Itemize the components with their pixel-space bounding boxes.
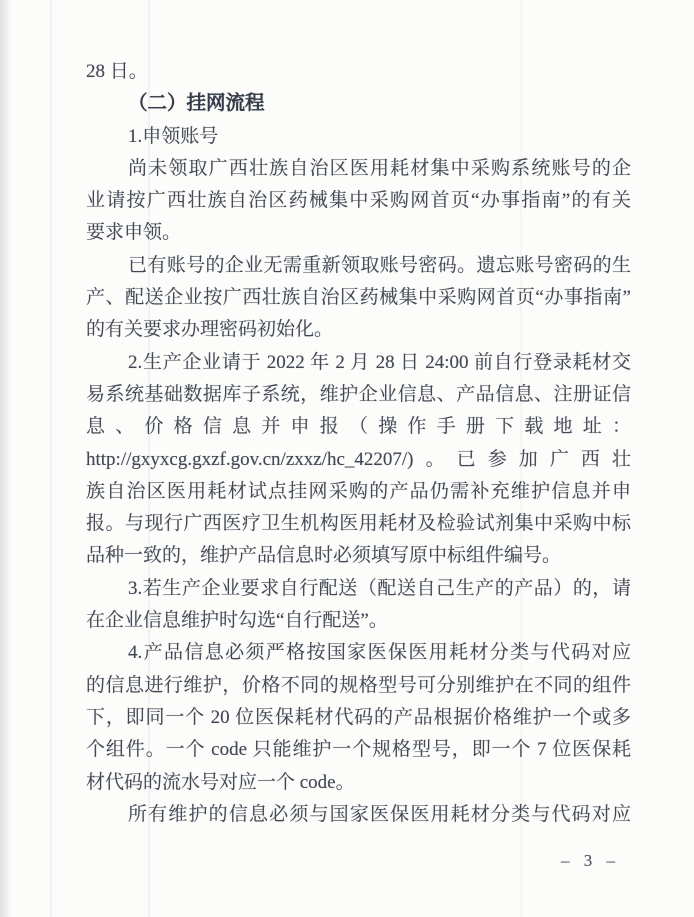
text-line: 族自治区医用耗材试点挂网采购的产品仍需补充维护信息并申: [86, 476, 631, 508]
text-line: http://gxyxcg.gxzf.gov.cn/zxxz/hc_42207/…: [86, 444, 631, 476]
document-page: 28 日。（二）挂网流程1.申领账号尚未领取广西壮族自治区医用耗材集中采购系统账…: [0, 0, 694, 917]
section-heading: （二）挂网流程: [86, 88, 631, 120]
text-line: 4.产品信息必须严格按国家医保医用耗材分类与代码对应: [86, 637, 631, 669]
text-line: 材代码的流水号对应一个 code。: [86, 767, 631, 799]
text-line: 1.申领账号: [86, 121, 631, 153]
scan-edge-shadow: [0, 0, 12, 917]
scan-streak: [50, 0, 52, 917]
text-line: 易系统基础数据库子系统，维护企业信息、产品信息、注册证信: [86, 379, 631, 411]
text-line: 28 日。: [86, 56, 631, 88]
text-line: 2.生产企业请于 2022 年 2 月 28 日 24:00 前自行登录耗材交: [86, 347, 631, 379]
text-line: 已有账号的企业无需重新领取账号密码。遗忘账号密码的生: [86, 250, 631, 282]
text-line: 在企业信息维护时勾选“自行配送”。: [86, 605, 631, 637]
text-line: 所有维护的信息必须与国家医保医用耗材分类与代码对应: [86, 799, 631, 831]
text-line: 下，即同一个 20 位医保耗材代码的产品根据价格维护一个或多: [86, 702, 631, 734]
text-line: 个组件。一个 code 只能维护一个规格型号，即一个 7 位医保耗: [86, 734, 631, 766]
text-line: 要求申领。: [86, 217, 631, 249]
text-line: 息、价格信息并申报（操作手册下载地址：: [86, 411, 631, 443]
text-line: 产、配送企业按广西壮族自治区药械集中采购网首页“办事指南”: [86, 282, 631, 314]
text-line: 3.若生产企业要求自行配送（配送自己生产的产品）的，请: [86, 573, 631, 605]
text-line: 的有关要求办理密码初始化。: [86, 314, 631, 346]
text-line: 品种一致的，维护产品信息时必须填写原中标组件编号。: [86, 540, 631, 572]
text-line: 的信息进行维护，价格不同的规格型号可分别维护在不同的组件: [86, 670, 631, 702]
page-number: – 3 –: [561, 849, 620, 873]
text-line: 业请按广西壮族自治区药械集中采购网首页“办事指南”的有关: [86, 185, 631, 217]
document-body: 28 日。（二）挂网流程1.申领账号尚未领取广西壮族自治区医用耗材集中采购系统账…: [86, 56, 631, 831]
text-line: 尚未领取广西壮族自治区医用耗材集中采购系统账号的企: [86, 153, 631, 185]
text-line: 报。与现行广西医疗卫生机构医用耗材及检验试剂集中采购中标: [86, 508, 631, 540]
